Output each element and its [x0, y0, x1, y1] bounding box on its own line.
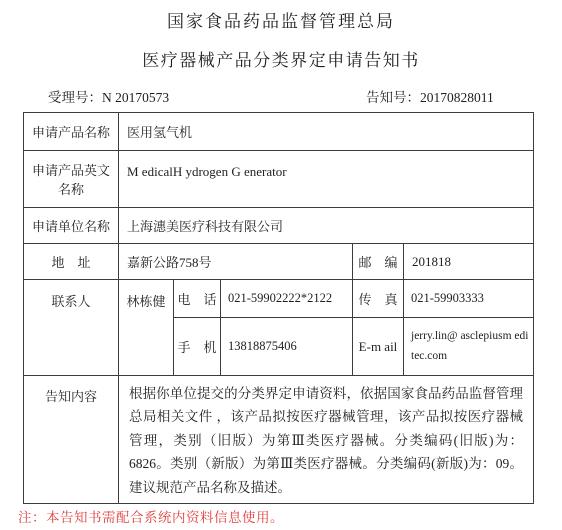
fax-label: 传 真 — [353, 280, 404, 318]
mobile-label: 手 机 — [174, 318, 221, 376]
address-value: 嘉新公路758号 — [119, 244, 353, 280]
acceptance-number-label: 受理号： — [48, 90, 102, 105]
table-row: 告知内容 根据你单位提交的分类界定申请资料，依据国家食品药品监督管理总局相关文件… — [24, 376, 534, 504]
table-row: 申请产品名称 医用氢气机 — [24, 113, 534, 151]
table-row: 联系人 林栋健 电 话 021-59902222*2122 传 真 021-59… — [24, 280, 534, 318]
document-title: 医疗器械产品分类界定申请告知书 — [0, 46, 562, 71]
postcode-value: 201818 — [404, 244, 534, 280]
notice-content-label: 告知内容 — [24, 376, 119, 504]
address-label: 地 址 — [24, 244, 119, 280]
applicant-label: 申请单位名称 — [24, 208, 119, 244]
phone-label: 电 话 — [174, 280, 221, 318]
product-name-value: 医用氢气机 — [119, 113, 534, 151]
product-name-en-value: M edicalH ydrogen G enerator — [119, 151, 534, 208]
application-info-table: 申请产品名称 医用氢气机 申请产品英文 名称 M edicalH ydrogen… — [23, 112, 534, 504]
phone-value: 021-59902222*2122 — [221, 280, 353, 318]
table-row: 申请产品英文 名称 M edicalH ydrogen G enerator — [24, 151, 534, 208]
notice-number-label: 告知号： — [366, 90, 420, 105]
contact-value: 林栋健 — [119, 280, 174, 376]
email-value: jerry.lin@ asclepiusm editec.com — [404, 318, 534, 376]
acceptance-number-line: 受理号：N 20170573 — [48, 86, 169, 106]
notice-content-value: 根据你单位提交的分类界定申请资料，依据国家食品药品监督管理总局相关文件 ，该产品… — [119, 376, 534, 504]
applicant-value: 上海潓美医疗科技有限公司 — [119, 208, 534, 244]
email-label: E-m ail — [353, 318, 404, 376]
table-row: 申请单位名称 上海潓美医疗科技有限公司 — [24, 208, 534, 244]
acceptance-number-value: N 20170573 — [102, 90, 169, 105]
notice-number-value: 20170828011 — [420, 90, 494, 105]
notice-document-page: 国家食品药品监督管理总局 医疗器械产品分类界定申请告知书 受理号：N 20170… — [0, 0, 562, 530]
notice-number-line: 告知号：20170828011 — [366, 86, 494, 106]
postcode-label: 邮 编 — [353, 244, 404, 280]
table-row: 地 址 嘉新公路758号 邮 编 201818 — [24, 244, 534, 280]
org-title: 国家食品药品监督管理总局 — [0, 7, 562, 32]
product-name-en-label: 申请产品英文 名称 — [24, 151, 119, 208]
contact-label: 联系人 — [24, 280, 119, 376]
footer-red-note: 注：本告知书需配合系统内资料信息使用。 — [18, 506, 284, 526]
product-name-label: 申请产品名称 — [24, 113, 119, 151]
mobile-value: 13818875406 — [221, 318, 353, 376]
fax-value: 021-59903333 — [404, 280, 534, 318]
